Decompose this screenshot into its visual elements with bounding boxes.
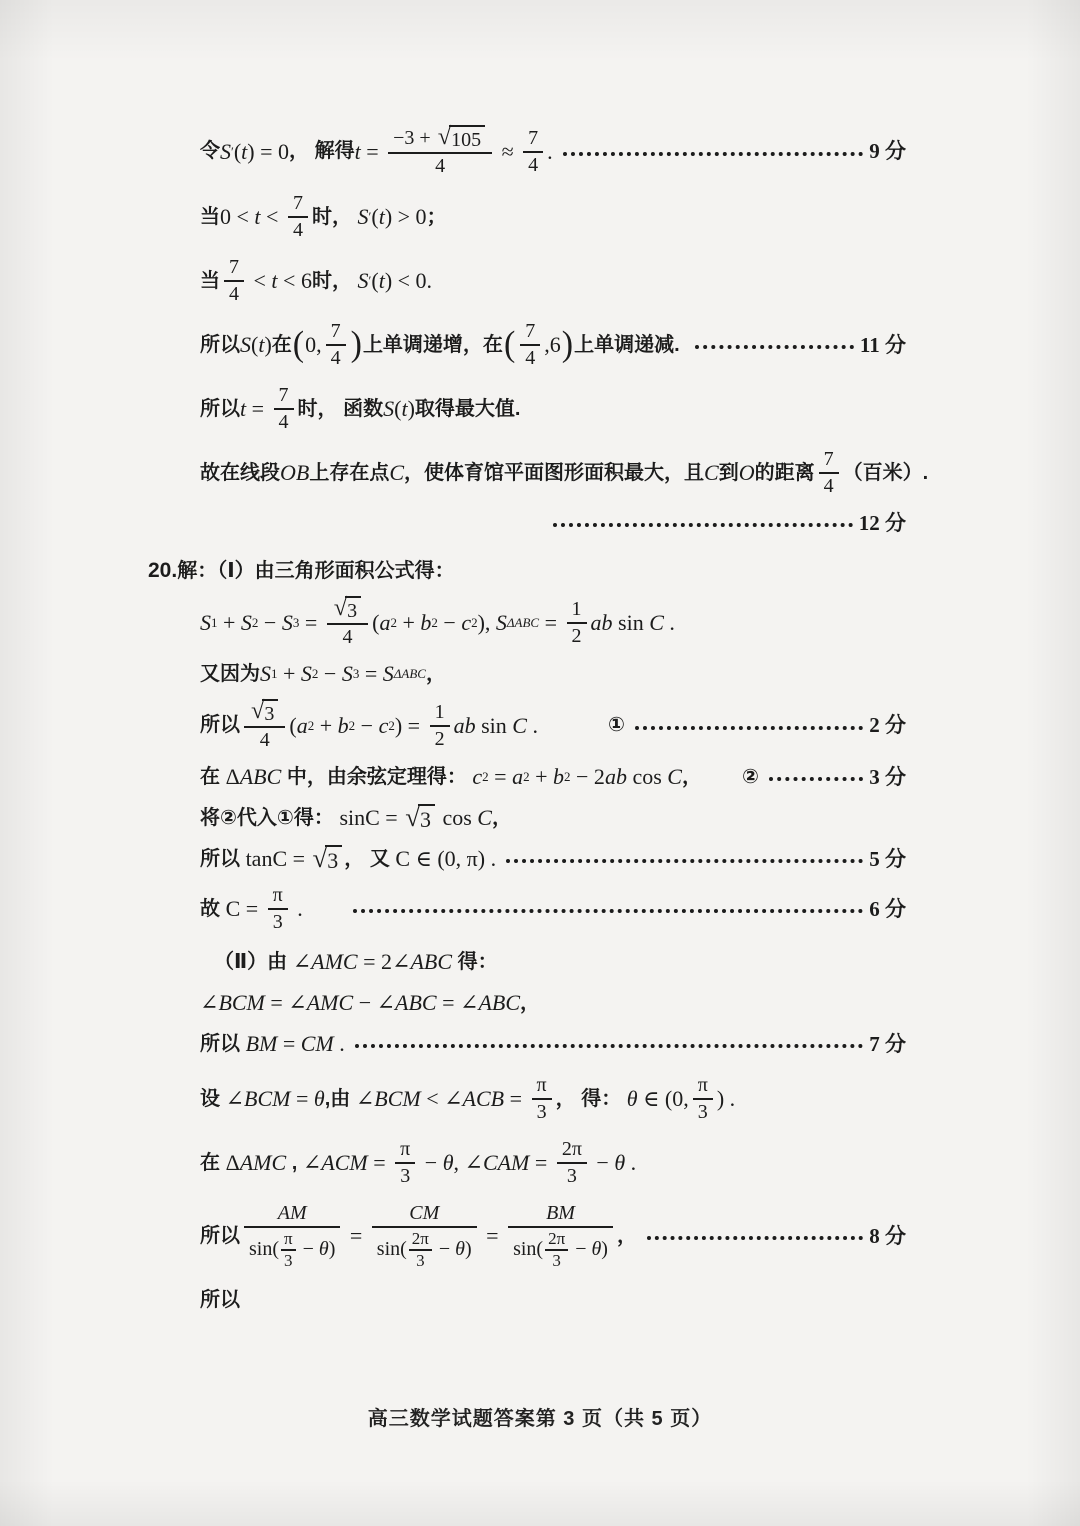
sqrt-radical: √3	[313, 845, 343, 873]
math-token: 在	[200, 765, 226, 790]
math-token: ∠	[200, 989, 218, 1017]
math-token: 的距离	[755, 461, 815, 486]
math-token: .	[664, 609, 675, 637]
math-token: =	[277, 1030, 300, 1058]
math-token: 解：（Ⅰ）由三角形面积公式得：	[177, 559, 454, 584]
line-area-formulas: S1 + S2 − S3 = √34(a2 + b2 − c2), SΔABC …	[200, 595, 906, 650]
math-token: 2π	[548, 1229, 565, 1249]
math-token: θ	[614, 1149, 625, 1177]
math-token: 中，由余弦定理得：	[281, 765, 472, 790]
math-token: b	[338, 712, 349, 740]
math-token: 2π	[412, 1229, 429, 1249]
math-token: 时， 函数	[298, 397, 384, 422]
math-token: +	[278, 660, 301, 688]
math-token: 在	[272, 333, 292, 358]
math-token: b	[420, 609, 431, 637]
math-token: C	[477, 804, 492, 832]
fraction: 74	[520, 319, 540, 371]
math-token: CM	[301, 1030, 334, 1058]
fraction: 74	[224, 255, 244, 307]
math-token: 所以	[200, 713, 240, 738]
dot-leader	[563, 152, 864, 156]
fraction: CMsin(2π3 − θ)	[372, 1201, 477, 1271]
line-monotonicity-conclusion: 所以S(t)在(0,74)上单调递增，在(74,6)上单调递减. 11 分	[200, 319, 906, 371]
math-token: =	[539, 609, 562, 637]
math-token: = ∠	[265, 989, 307, 1017]
math-token: 4	[824, 475, 834, 498]
line-score-12: 12 分	[200, 506, 906, 540]
math-token: 7	[528, 127, 538, 150]
math-token: 所以	[200, 1224, 240, 1249]
math-token: 3	[273, 911, 283, 934]
math-token: ACB	[463, 1085, 505, 1113]
math-token: ACM	[321, 1149, 367, 1177]
math-token: θ	[627, 1085, 638, 1113]
math-token: ∠	[293, 948, 311, 976]
math-token: ∠	[356, 1085, 374, 1113]
math-token: 所以	[200, 1032, 246, 1057]
math-token: sin(	[249, 1238, 279, 1261]
math-token: 时，	[312, 205, 358, 230]
fraction: 74	[326, 319, 346, 371]
math-token: 3	[537, 1101, 547, 1124]
math-token: AMC	[311, 948, 357, 976]
math-token: CAM	[483, 1149, 529, 1177]
math-token: θ	[314, 1085, 325, 1113]
line-equation-1: 所以√34(a2 + b2 − c2) = 12ab sin C .①2 分	[200, 698, 906, 753]
math-token: 所以	[200, 397, 240, 422]
math-token: OB	[280, 459, 309, 487]
fraction: π3	[268, 883, 288, 935]
math-token: −3 +	[393, 127, 436, 150]
math-token: =	[529, 1149, 552, 1177]
score-label: 12 分	[859, 510, 906, 536]
math-token: c	[461, 609, 471, 637]
dot-leader	[553, 523, 853, 527]
math-token: C	[389, 459, 404, 487]
fraction: π3	[532, 1073, 552, 1125]
math-token: , ∠	[454, 1149, 483, 1177]
math-token: 所以	[200, 1288, 240, 1313]
score-label: 3 分	[869, 764, 906, 790]
math-token: 故	[200, 897, 226, 922]
math-token: 1	[435, 701, 445, 724]
line-interval-increasing-sign: 当0 < t < 74时， S′(t) > 0；	[200, 191, 906, 243]
math-token: π	[698, 1074, 708, 1097]
fraction: 12	[430, 700, 450, 752]
math-token: C	[649, 609, 664, 637]
math-token: 故在线段	[200, 461, 280, 486]
math-token: ，	[520, 991, 540, 1016]
math-token: 到	[719, 461, 739, 486]
math-token: 7	[229, 256, 239, 279]
fraction: 74	[523, 126, 543, 178]
math-token: −	[318, 660, 341, 688]
math-token: ∈ (0,	[638, 1085, 689, 1113]
score-label: 9 分	[869, 138, 906, 164]
math-token: +	[314, 712, 337, 740]
math-token: θ	[443, 1149, 454, 1177]
math-token: S	[383, 395, 394, 423]
math-token: ) < 0.	[385, 267, 432, 295]
math-token: AMC	[240, 1149, 286, 1177]
math-token: 3	[327, 848, 338, 873]
math-token: θ	[591, 1238, 601, 1261]
math-token: ,由	[325, 1087, 356, 1112]
fraction: 74	[288, 191, 308, 243]
math-token: ab	[591, 609, 613, 637]
math-token: −	[419, 1149, 442, 1177]
math-token: =	[489, 763, 512, 791]
fraction: 2π3	[557, 1137, 587, 1189]
math-token: ，	[617, 1224, 637, 1249]
math-token: ABC	[478, 989, 520, 1017]
math-token: 所以	[200, 333, 240, 358]
math-token: <	[261, 203, 284, 231]
math-token: （Ⅱ）由	[214, 950, 293, 975]
math-token: = ∠	[437, 989, 479, 1017]
math-token: .	[527, 712, 538, 740]
math-token: ，	[426, 662, 446, 687]
math-token: < ∠	[421, 1085, 463, 1113]
math-token: 3	[420, 807, 431, 832]
math-token: =	[504, 1085, 527, 1113]
sqrt-radical: √3	[405, 804, 435, 832]
math-token: 105	[451, 129, 481, 151]
math-token: − ∠	[353, 989, 395, 1017]
line-equal-areas: 又因为S1 + S2 − S3 = SΔABC，	[200, 657, 906, 691]
math-token: 令	[200, 139, 220, 164]
math-token: 当	[200, 205, 220, 230]
math-token: =	[359, 660, 382, 688]
math-token: ABC	[410, 948, 452, 976]
math-token: )	[465, 1238, 472, 1261]
dot-leader	[647, 1236, 863, 1240]
math-token: ABC	[240, 763, 282, 791]
line-maximum-at-t: 所以t = 74时， 函数S(t)取得最大值.	[200, 383, 906, 435]
math-token: CM	[409, 1202, 439, 1225]
math-token: 4	[260, 729, 270, 752]
math-token: 7	[293, 192, 303, 215]
math-token: a	[297, 712, 308, 740]
math-token: ab	[605, 763, 627, 791]
line-therefore-trailing: 所以	[200, 1283, 906, 1317]
math-token: 4	[279, 411, 289, 434]
math-token: 上单调递减.	[574, 333, 685, 358]
line-theta-range: 设 ∠BCM = θ,由 ∠BCM < ∠ACB = π3， 得： θ ∈ (0…	[200, 1073, 906, 1125]
math-token: 1	[572, 598, 582, 621]
math-token: −	[438, 609, 461, 637]
math-token: ) =	[395, 712, 426, 740]
math-token: .	[625, 1149, 636, 1177]
solution-lines-container: 令S′(t) = 0， 解得t = −3 + √1054 ≈ 74.9 分当0 …	[200, 112, 906, 1324]
sqrt-radical: √3	[251, 699, 278, 725]
math-token: 3	[567, 1165, 577, 1188]
math-token: (	[372, 609, 379, 637]
math-token: ABC	[395, 989, 437, 1017]
math-token: )	[408, 395, 415, 423]
math-token: .	[292, 895, 303, 923]
math-token: = 2∠	[358, 948, 411, 976]
score-label: 2 分	[869, 712, 906, 738]
math-token: +	[530, 763, 553, 791]
score-label: 7 分	[869, 1031, 906, 1057]
math-token: S	[301, 660, 312, 688]
math-token: ， 又	[344, 847, 395, 872]
math-token: 4	[528, 154, 538, 177]
math-token: π	[273, 884, 283, 907]
line-q20-heading: 20.解：（Ⅰ）由三角形面积公式得：	[148, 554, 906, 588]
math-token: C	[704, 459, 719, 487]
math-token: 在	[200, 1151, 226, 1176]
fraction: π3	[395, 1137, 415, 1189]
math-token: ∠	[303, 1149, 321, 1177]
math-token: =	[481, 1222, 504, 1250]
line-angle-bcm: ∠BCM = ∠AMC − ∠ABC = ∠ABC，	[200, 986, 906, 1020]
math-token: 0 <	[220, 203, 254, 231]
math-token: 2	[435, 728, 445, 751]
math-token: (	[251, 331, 258, 359]
math-token: 4	[435, 155, 445, 178]
score-label: 8 分	[869, 1223, 906, 1249]
math-token: 7	[525, 320, 535, 343]
math-token: 4	[342, 626, 352, 649]
fraction: π3	[693, 1073, 713, 1125]
fraction: −3 + √1054	[388, 124, 492, 179]
math-token: 3	[400, 1165, 410, 1188]
line-c-value: 故 C = π3 .6 分	[200, 883, 906, 935]
line-point-c-conclusion: 故在线段OB上存在点C，使体育馆平面图形面积最大，且C到O的距离74（百米）.	[200, 447, 906, 499]
line-sine-rule-ratios: 所以AMsin(π3 − θ) = CMsin(2π3 − θ) = BMsin…	[200, 1201, 906, 1271]
dot-leader	[695, 345, 854, 349]
line-angles-in-amc: 在 ΔAMC , ∠ACM = π3 − θ, ∠CAM = 2π3 − θ .	[200, 1137, 906, 1189]
math-token: π	[537, 1074, 547, 1097]
math-token: ②	[742, 765, 759, 790]
math-token: 所以	[200, 847, 246, 872]
math-token: θ	[319, 1238, 329, 1261]
math-token: BCM	[218, 989, 264, 1017]
fraction: √34	[327, 595, 368, 650]
math-token: S	[358, 203, 369, 231]
math-token: BCM	[244, 1085, 290, 1113]
score-label: 5 分	[869, 846, 906, 872]
math-token: =	[299, 609, 322, 637]
math-token: ，使体育馆平面图形面积最大，且	[404, 461, 704, 486]
math-token: 7	[824, 448, 834, 471]
math-token: 当	[200, 269, 220, 294]
math-token: 7	[279, 384, 289, 407]
math-token: S	[240, 331, 251, 359]
math-token: (	[371, 203, 378, 231]
math-token: ,6	[544, 331, 561, 359]
math-token: ，	[492, 806, 512, 831]
math-token: −	[570, 1238, 591, 1261]
math-token: ①	[608, 713, 625, 738]
fraction: 74	[819, 447, 839, 499]
math-token: .	[334, 1030, 345, 1058]
math-token: 又因为	[200, 662, 260, 687]
math-token: sin	[613, 609, 650, 637]
math-token: S	[358, 267, 369, 295]
math-token: ；	[427, 205, 447, 230]
math-token: S	[241, 609, 252, 637]
math-token: 7	[331, 320, 341, 343]
fraction: BMsin(2π3 − θ)	[508, 1201, 613, 1271]
math-token: ),	[478, 609, 496, 637]
math-token: 得：	[452, 950, 498, 975]
math-token: (	[371, 267, 378, 295]
math-token: tanC =	[246, 845, 311, 873]
math-token: b	[553, 763, 564, 791]
math-token: 4	[229, 283, 239, 306]
math-token: C ∈ (0, π)	[395, 845, 485, 873]
math-token: =	[368, 1149, 391, 1177]
sqrt-radical: √3	[334, 596, 361, 622]
math-token: 4	[331, 347, 341, 370]
dot-leader	[355, 1044, 864, 1048]
math-token: sin(	[513, 1238, 543, 1261]
math-token: 3	[284, 1251, 293, 1271]
math-token: Δ	[226, 1149, 240, 1177]
math-token: =	[361, 138, 384, 166]
math-token: (	[289, 712, 296, 740]
math-token: 将②代入①得：	[200, 806, 339, 831]
math-token: ， 解得	[289, 139, 355, 164]
math-token: S	[220, 138, 231, 166]
math-token: < 6	[278, 267, 312, 295]
math-token: S	[260, 660, 271, 688]
sqrt-radical: √105	[438, 125, 485, 151]
math-token: C	[512, 712, 527, 740]
math-token: BM	[246, 1030, 278, 1058]
dot-leader	[506, 859, 863, 863]
math-token: 设	[200, 1087, 226, 1112]
math-token: sin	[476, 712, 513, 740]
radical-sign: √	[438, 126, 451, 148]
math-token: 4	[525, 347, 535, 370]
score-label: 11 分	[860, 332, 906, 358]
math-token: S	[342, 660, 353, 688]
math-token: +	[397, 609, 420, 637]
math-token: +	[218, 609, 241, 637]
math-token: 3	[347, 600, 357, 622]
math-token: a	[379, 609, 390, 637]
math-token: (	[394, 395, 401, 423]
math-token: (	[234, 138, 241, 166]
fraction: AMsin(π3 − θ)	[244, 1201, 340, 1271]
math-token: )	[601, 1238, 608, 1261]
math-token: 上存在点	[309, 461, 389, 486]
math-token: −	[591, 1149, 614, 1177]
math-token: AM	[278, 1202, 307, 1225]
math-token: π	[284, 1229, 293, 1249]
math-token: −	[298, 1238, 319, 1261]
math-token: BCM	[374, 1085, 420, 1113]
fraction: 12	[567, 597, 587, 649]
math-token: S	[383, 660, 394, 688]
dot-leader	[353, 909, 863, 913]
exam-answer-page: 令S′(t) = 0， 解得t = −3 + √1054 ≈ 74.9 分当0 …	[0, 0, 1080, 1526]
math-token: − 2	[571, 763, 605, 791]
math-token: S	[282, 609, 293, 637]
math-token: 取得最大值.	[415, 397, 521, 422]
math-token: sinC =	[339, 804, 403, 832]
math-token: 时，	[312, 269, 358, 294]
score-label: 6 分	[869, 896, 906, 922]
math-token: ≈	[496, 138, 519, 166]
line-solve-derivative-zero: 令S′(t) = 0， 解得t = −3 + √1054 ≈ 74.9 分	[200, 124, 906, 179]
radical-sign: √	[405, 805, 420, 829]
fraction: √34	[244, 698, 285, 753]
radical-sign: √	[313, 846, 328, 870]
math-token: ) .	[717, 1085, 735, 1113]
math-token: .	[485, 845, 496, 873]
math-token: c	[379, 712, 389, 740]
math-token: O	[739, 459, 755, 487]
math-token: ) > 0	[385, 203, 427, 231]
math-token: BM	[546, 1202, 575, 1225]
math-token: <	[248, 267, 271, 295]
math-token: )	[264, 331, 271, 359]
math-token: 2π	[562, 1138, 582, 1161]
math-token: S	[200, 609, 211, 637]
math-token: a	[512, 763, 523, 791]
math-token: =	[290, 1085, 313, 1113]
math-token: 3	[264, 703, 274, 725]
line-bm-equals-cm: 所以 BM = CM .7 分	[200, 1027, 906, 1061]
math-token: =	[344, 1222, 367, 1250]
math-token: C =	[226, 895, 264, 923]
math-token: Δ	[226, 763, 240, 791]
math-token: θ	[455, 1238, 465, 1261]
math-token: 4	[293, 219, 303, 242]
math-token: −	[434, 1238, 455, 1261]
math-token: .	[547, 138, 553, 166]
line-substitute: 将②代入①得： sinC = √3 cos C，	[200, 801, 906, 835]
line-tan-c: 所以 tanC = √3， 又 C ∈ (0, π) .5 分	[200, 842, 906, 876]
math-token: cos	[627, 763, 667, 791]
math-token: AMC	[307, 989, 353, 1017]
dot-leader	[635, 726, 863, 730]
math-token: )	[329, 1238, 336, 1261]
math-token: π	[400, 1138, 410, 1161]
math-token: （百米）.	[843, 461, 929, 486]
dot-leader	[769, 777, 863, 781]
math-token: c	[472, 763, 482, 791]
line-part2-heading: （Ⅱ）由 ∠AMC = 2∠ABC 得：	[214, 945, 906, 979]
radical-sign: √	[251, 700, 264, 722]
math-token: C	[667, 763, 682, 791]
math-token: 0,	[305, 331, 322, 359]
math-token: =	[246, 395, 269, 423]
math-token: 上单调递增，在	[363, 333, 503, 358]
fraction: 2π3	[545, 1229, 568, 1270]
math-token: ，	[682, 765, 702, 790]
math-token: 3	[416, 1251, 425, 1271]
math-token: ， 得：	[556, 1087, 627, 1112]
math-token: cos	[437, 804, 477, 832]
math-token: 20.	[148, 558, 177, 584]
fraction: 2π3	[409, 1229, 432, 1270]
page-footer: 高三数学试题答案第 3 页（共 5 页）	[0, 1402, 1080, 1431]
math-token: S	[496, 609, 507, 637]
line-cosine-rule: 在 ΔABC 中，由余弦定理得： c2 = a2 + b2 − 2ab cos …	[200, 760, 906, 794]
math-token: −	[355, 712, 378, 740]
radical-sign: √	[334, 597, 347, 619]
math-token: ∠	[226, 1085, 244, 1113]
fraction: 74	[274, 383, 294, 435]
math-token: ) = 0	[247, 138, 289, 166]
